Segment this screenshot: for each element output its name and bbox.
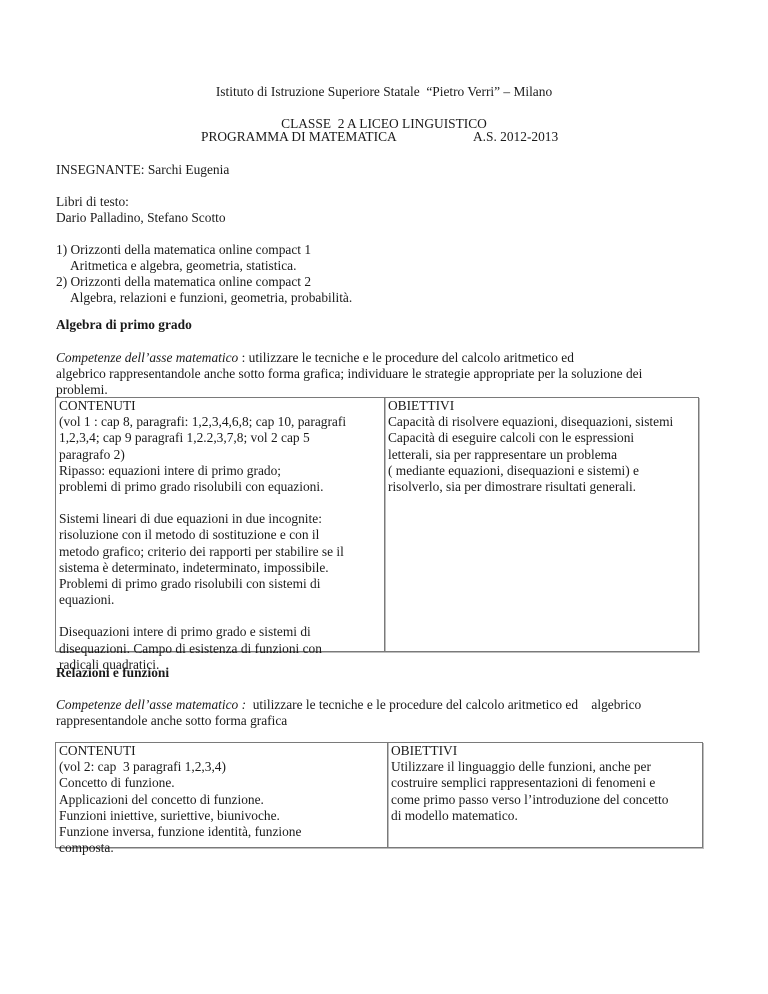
school-year: A.S. 2012-2013 — [473, 129, 558, 145]
contents-line: Funzioni iniettive, suriettive, biunivoc… — [59, 808, 387, 824]
contents-line: Disequazioni intere di primo grado e sis… — [59, 624, 384, 640]
book-2-title: 2) Orizzonti della matematica online com… — [56, 274, 311, 290]
competence-text: algebrico rappresentandole anche sotto f… — [56, 366, 642, 382]
objectives-line: di modello matematico. — [391, 808, 702, 824]
objectives-column: OBIETTIVI Utilizzare il linguaggio delle… — [388, 743, 702, 847]
contents-line: equazioni. — [59, 592, 384, 608]
competence-label: Competenze dell’asse matematico : — [56, 697, 246, 712]
contents-line: sistema è determinato, indeterminato, im… — [59, 560, 384, 576]
contents-line: Funzione inversa, funzione identità, fun… — [59, 824, 387, 840]
textbooks-label: Libri di testo: — [56, 194, 129, 210]
contents-header: CONTENUTI — [59, 743, 387, 759]
contents-line: Sistemi lineari di due equazioni in due … — [59, 511, 384, 527]
contents-line: Applicazioni del concetto di funzione. — [59, 792, 387, 808]
competence-text: : utilizzare le tecniche e le procedure … — [238, 350, 574, 365]
contents-line: Concetto di funzione. — [59, 775, 387, 791]
objectives-line: letterali, sia per rappresentare un prob… — [388, 447, 698, 463]
contents-line: problemi di primo grado risolubili con e… — [59, 479, 384, 495]
teacher-name: INSEGNANTE: Sarchi Eugenia — [56, 162, 229, 178]
objectives-line: risolverlo, sia per dimostrare risultati… — [388, 479, 698, 495]
competence-label: Competenze dell’asse matematico — [56, 350, 238, 365]
contents-line: 1,2,3,4; cap 9 paragrafi 1,2.2,3,7,8; vo… — [59, 430, 384, 446]
competence-text: rappresentandole anche sotto forma grafi… — [56, 713, 641, 729]
contents-line: Problemi di primo grado risolubili con s… — [59, 576, 384, 592]
contents-header: CONTENUTI — [59, 398, 384, 414]
book-1-title: 1) Orizzonti della matematica online com… — [56, 242, 311, 258]
contents-line: Ripasso: equazioni intere di primo grado… — [59, 463, 384, 479]
contents-line: risoluzione con il metodo di sostituzion… — [59, 527, 384, 543]
contents-line: metodo grafico; criterio dei rapporti pe… — [59, 544, 384, 560]
objectives-line: Capacità di eseguire calcoli con le espr… — [388, 430, 698, 446]
contents-line: (vol 2: cap 3 paragrafi 1,2,3,4) — [59, 759, 387, 775]
objectives-line: Utilizzare il linguaggio delle funzioni,… — [391, 759, 702, 775]
objectives-line: ( mediante equazioni, disequazioni e sis… — [388, 463, 698, 479]
section-heading-algebra: Algebra di primo grado — [56, 317, 192, 333]
contents-line: disequazioni. Campo di esistenza di funz… — [59, 641, 384, 657]
section-competence-functions: Competenze dell’asse matematico : utiliz… — [56, 697, 641, 729]
objectives-line: Capacità di risolvere equazioni, disequa… — [388, 414, 698, 430]
textbooks-authors: Dario Palladino, Stefano Scotto — [56, 210, 226, 226]
section-competence-algebra: Competenze dell’asse matematico : utiliz… — [56, 350, 642, 399]
algebra-program-table: CONTENUTI (vol 1 : cap 8, paragrafi: 1,2… — [55, 397, 699, 652]
objectives-header: OBIETTIVI — [388, 398, 698, 414]
section-heading-functions: Relazioni e funzioni — [56, 665, 169, 681]
contents-column: CONTENUTI (vol 2: cap 3 paragrafi 1,2,3,… — [56, 743, 388, 847]
program-title: PROGRAMMA DI MATEMATICA — [201, 129, 397, 145]
institute-title: Istituto di Istruzione Superiore Statale… — [0, 84, 768, 100]
contents-line: (vol 1 : cap 8, paragrafi: 1,2,3,4,6,8; … — [59, 414, 384, 430]
objectives-column: OBIETTIVI Capacità di risolvere equazion… — [385, 398, 698, 651]
book-1-topics: Aritmetica e algebra, geometria, statist… — [70, 258, 296, 274]
competence-text: utilizzare le tecniche e le procedure de… — [246, 697, 641, 712]
book-2-topics: Algebra, relazioni e funzioni, geometria… — [70, 290, 352, 306]
contents-line: composta. — [59, 840, 387, 856]
contents-line: paragrafo 2) — [59, 447, 384, 463]
contents-column: CONTENUTI (vol 1 : cap 8, paragrafi: 1,2… — [56, 398, 385, 651]
objectives-line: come primo passo verso l’introduzione de… — [391, 792, 702, 808]
functions-program-table: CONTENUTI (vol 2: cap 3 paragrafi 1,2,3,… — [55, 742, 703, 848]
objectives-line: costruire semplici rappresentazioni di f… — [391, 775, 702, 791]
objectives-header: OBIETTIVI — [391, 743, 702, 759]
